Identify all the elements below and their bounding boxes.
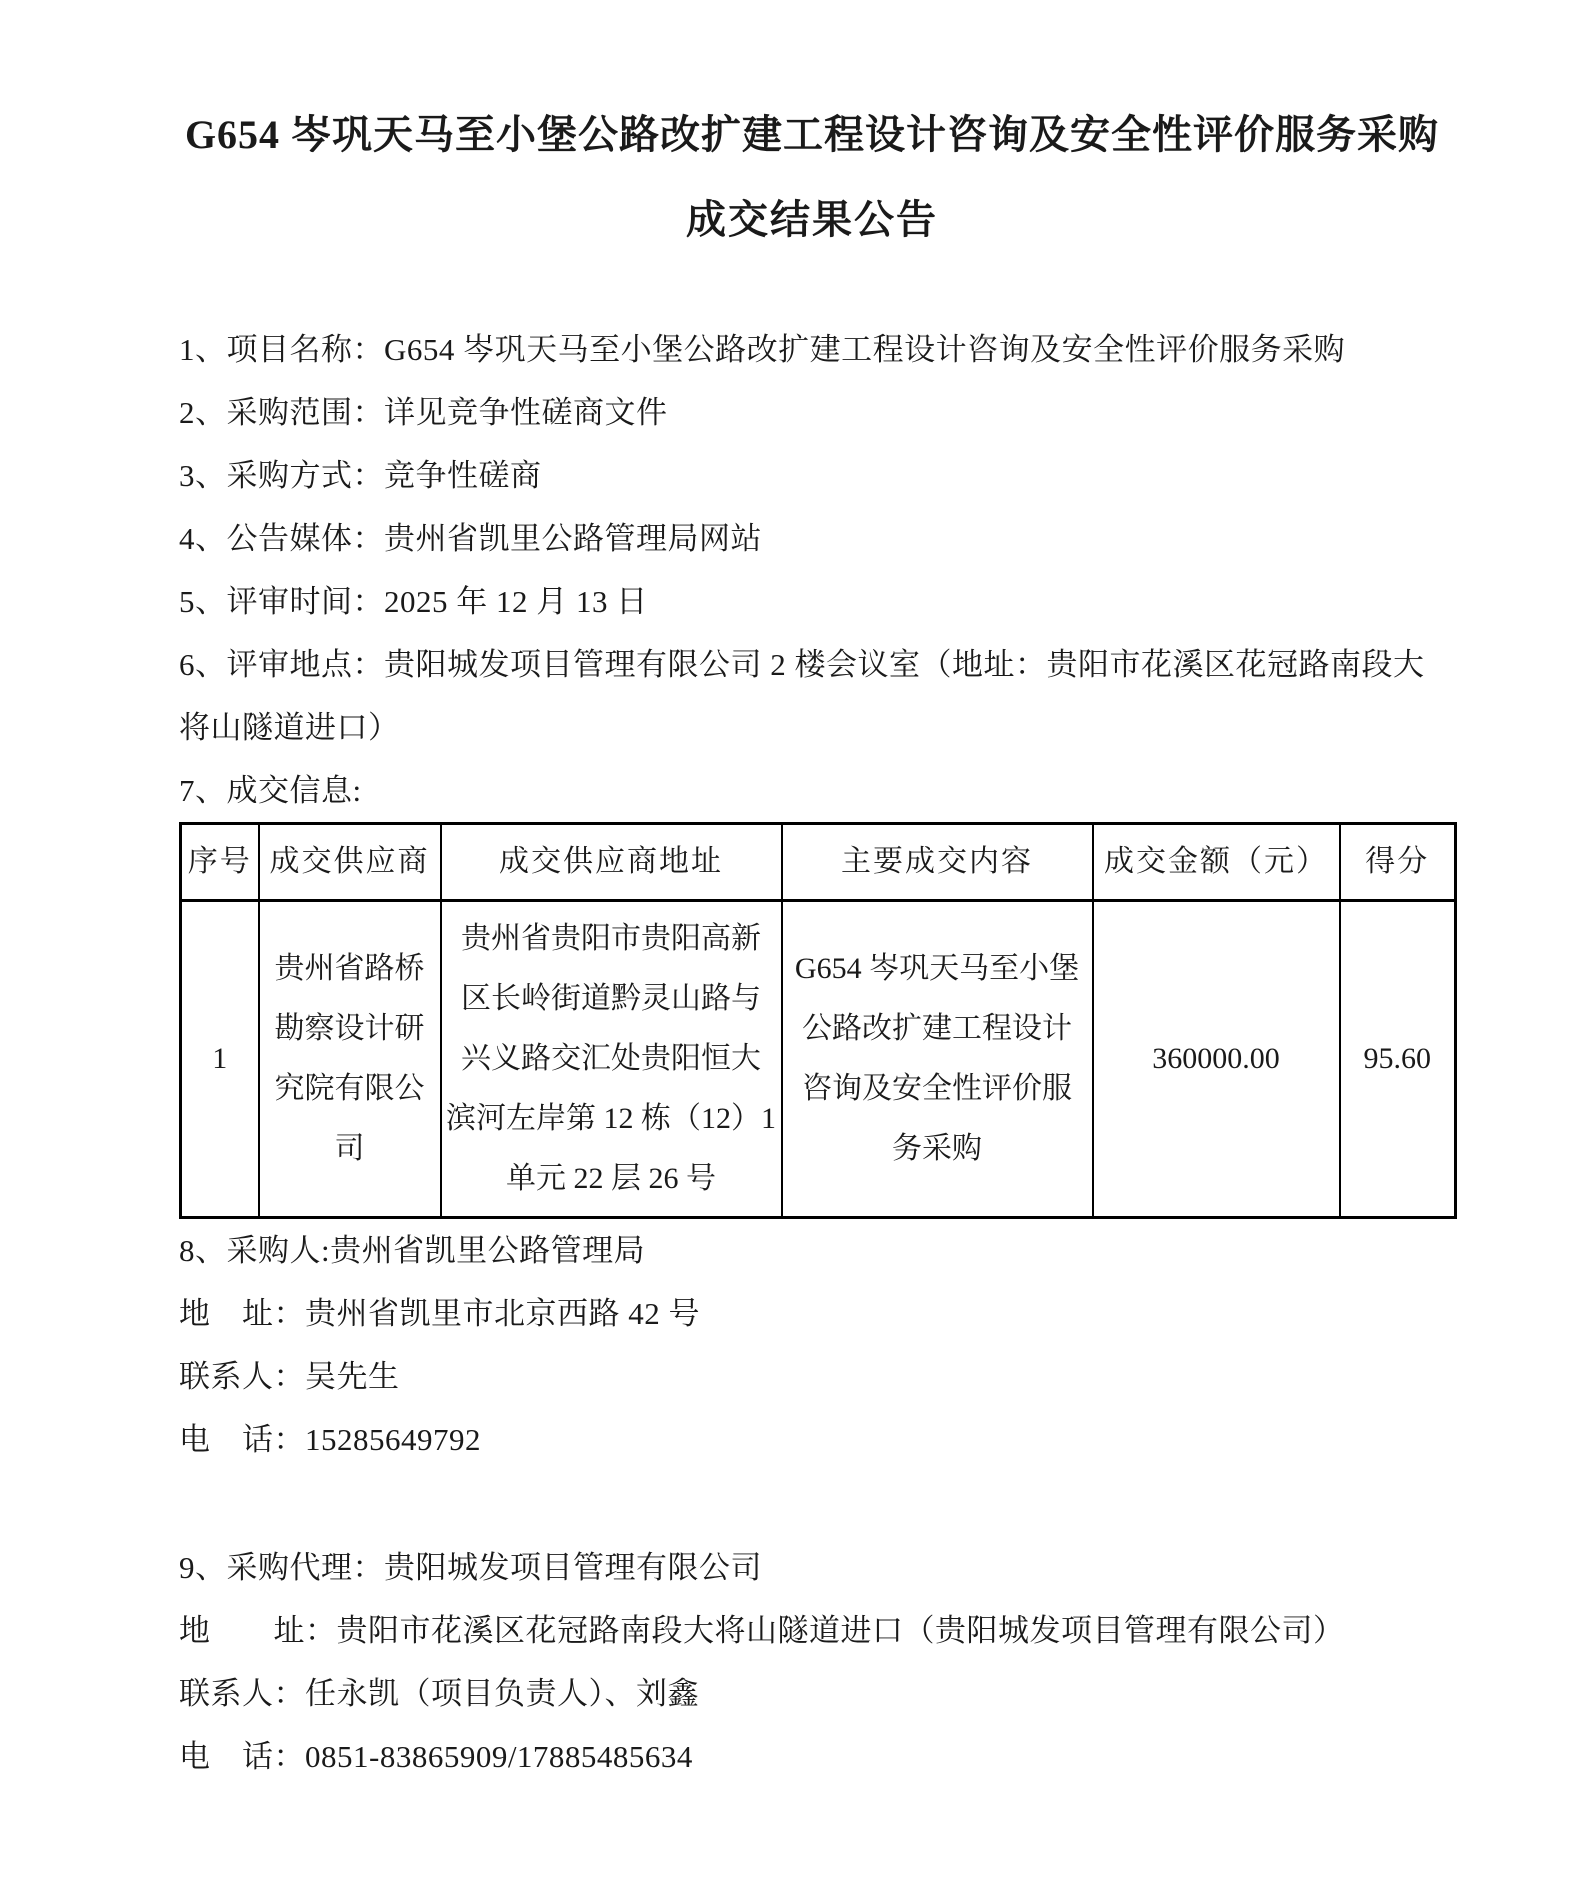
- list-item-procurement-method: 3、采购方式：竞争性磋商: [179, 444, 1445, 507]
- agent-address-line: 地 址：贵阳市花溪区花冠路南段大将山隧道进口（贵阳城发项目管理有限公司）: [179, 1599, 1445, 1662]
- col-header-seq: 序号: [181, 824, 259, 901]
- title-line-1: G654 岑巩天马至小堡公路改扩建工程设计咨询及安全性评价服务采购: [179, 110, 1445, 160]
- info-list: 1、项目名称：G654 岑巩天马至小堡公路改扩建工程设计咨询及安全性评价服务采购…: [179, 318, 1445, 822]
- purchaser-section: 8、采购人:贵州省凯里公路管理局 地 址：贵州省凯里市北京西路 42 号 联系人…: [179, 1219, 1445, 1471]
- cell-amount: 360000.00: [1093, 901, 1340, 1218]
- cell-supplier-address: 贵州省贵阳市贵阳高新 区长岭街道黔灵山路与 兴义路交汇处贵阳恒大 滨河左岸第 1…: [441, 901, 782, 1218]
- title-line-2: 成交结果公告: [179, 195, 1445, 245]
- table-body: 1 贵州省路桥 勘察设计研 究院有限公 司 贵州省贵阳市贵阳高新 区长岭街道黔灵…: [181, 901, 1456, 1218]
- purchaser-address-line: 地 址：贵州省凯里市北京西路 42 号: [179, 1282, 1445, 1345]
- agent-name-line: 9、采购代理：贵阳城发项目管理有限公司: [179, 1536, 1445, 1599]
- col-header-supplier: 成交供应商: [259, 824, 441, 901]
- list-item-transaction-info: 7、成交信息:: [179, 759, 1445, 822]
- list-item-procurement-scope: 2、采购范围：详见竞争性磋商文件: [179, 381, 1445, 444]
- agent-section: 9、采购代理：贵阳城发项目管理有限公司 地 址：贵阳市花溪区花冠路南段大将山隧道…: [179, 1536, 1445, 1788]
- col-header-amount: 成交金额（元）: [1093, 824, 1340, 901]
- table-header: 序号 成交供应商 成交供应商地址 主要成交内容 成交金额（元） 得分: [181, 824, 1456, 901]
- table-row: 1 贵州省路桥 勘察设计研 究院有限公 司 贵州省贵阳市贵阳高新 区长岭街道黔灵…: [181, 901, 1456, 1218]
- cell-main-content: G654 岑巩天马至小堡 公路改扩建工程设计 咨询及安全性评价服 务采购: [782, 901, 1093, 1218]
- cell-seq: 1: [181, 901, 259, 1218]
- transaction-result-table: 序号 成交供应商 成交供应商地址 主要成交内容 成交金额（元） 得分 1 贵州省…: [179, 822, 1457, 1219]
- list-item-review-location: 6、评审地点：贵阳城发项目管理有限公司 2 楼会议室（地址：贵阳市花溪区花冠路南…: [179, 633, 1445, 759]
- agent-contact-line: 联系人：任永凯（项目负责人）、刘鑫: [179, 1662, 1445, 1725]
- purchaser-phone-line: 电 话：15285649792: [179, 1408, 1445, 1471]
- list-item-announcement-media: 4、公告媒体：贵州省凯里公路管理局网站: [179, 507, 1445, 570]
- purchaser-contact-line: 联系人：吴先生: [179, 1345, 1445, 1408]
- col-header-main-content: 主要成交内容: [782, 824, 1093, 901]
- col-header-supplier-address: 成交供应商地址: [441, 824, 782, 901]
- table-header-row: 序号 成交供应商 成交供应商地址 主要成交内容 成交金额（元） 得分: [181, 824, 1456, 901]
- document-title: G654 岑巩天马至小堡公路改扩建工程设计咨询及安全性评价服务采购 成交结果公告: [179, 110, 1445, 245]
- list-item-project-name: 1、项目名称：G654 岑巩天马至小堡公路改扩建工程设计咨询及安全性评价服务采购: [179, 318, 1445, 381]
- purchaser-name-line: 8、采购人:贵州省凯里公路管理局: [179, 1219, 1445, 1282]
- announcement-document: G654 岑巩天马至小堡公路改扩建工程设计咨询及安全性评价服务采购 成交结果公告…: [0, 0, 1587, 1881]
- cell-supplier: 贵州省路桥 勘察设计研 究院有限公 司: [259, 901, 441, 1218]
- list-item-review-time: 5、评审时间：2025 年 12 月 13 日: [179, 570, 1445, 633]
- cell-score: 95.60: [1340, 901, 1456, 1218]
- agent-phone-line: 电 话：0851-83865909/17885485634: [179, 1725, 1445, 1788]
- col-header-score: 得分: [1340, 824, 1456, 901]
